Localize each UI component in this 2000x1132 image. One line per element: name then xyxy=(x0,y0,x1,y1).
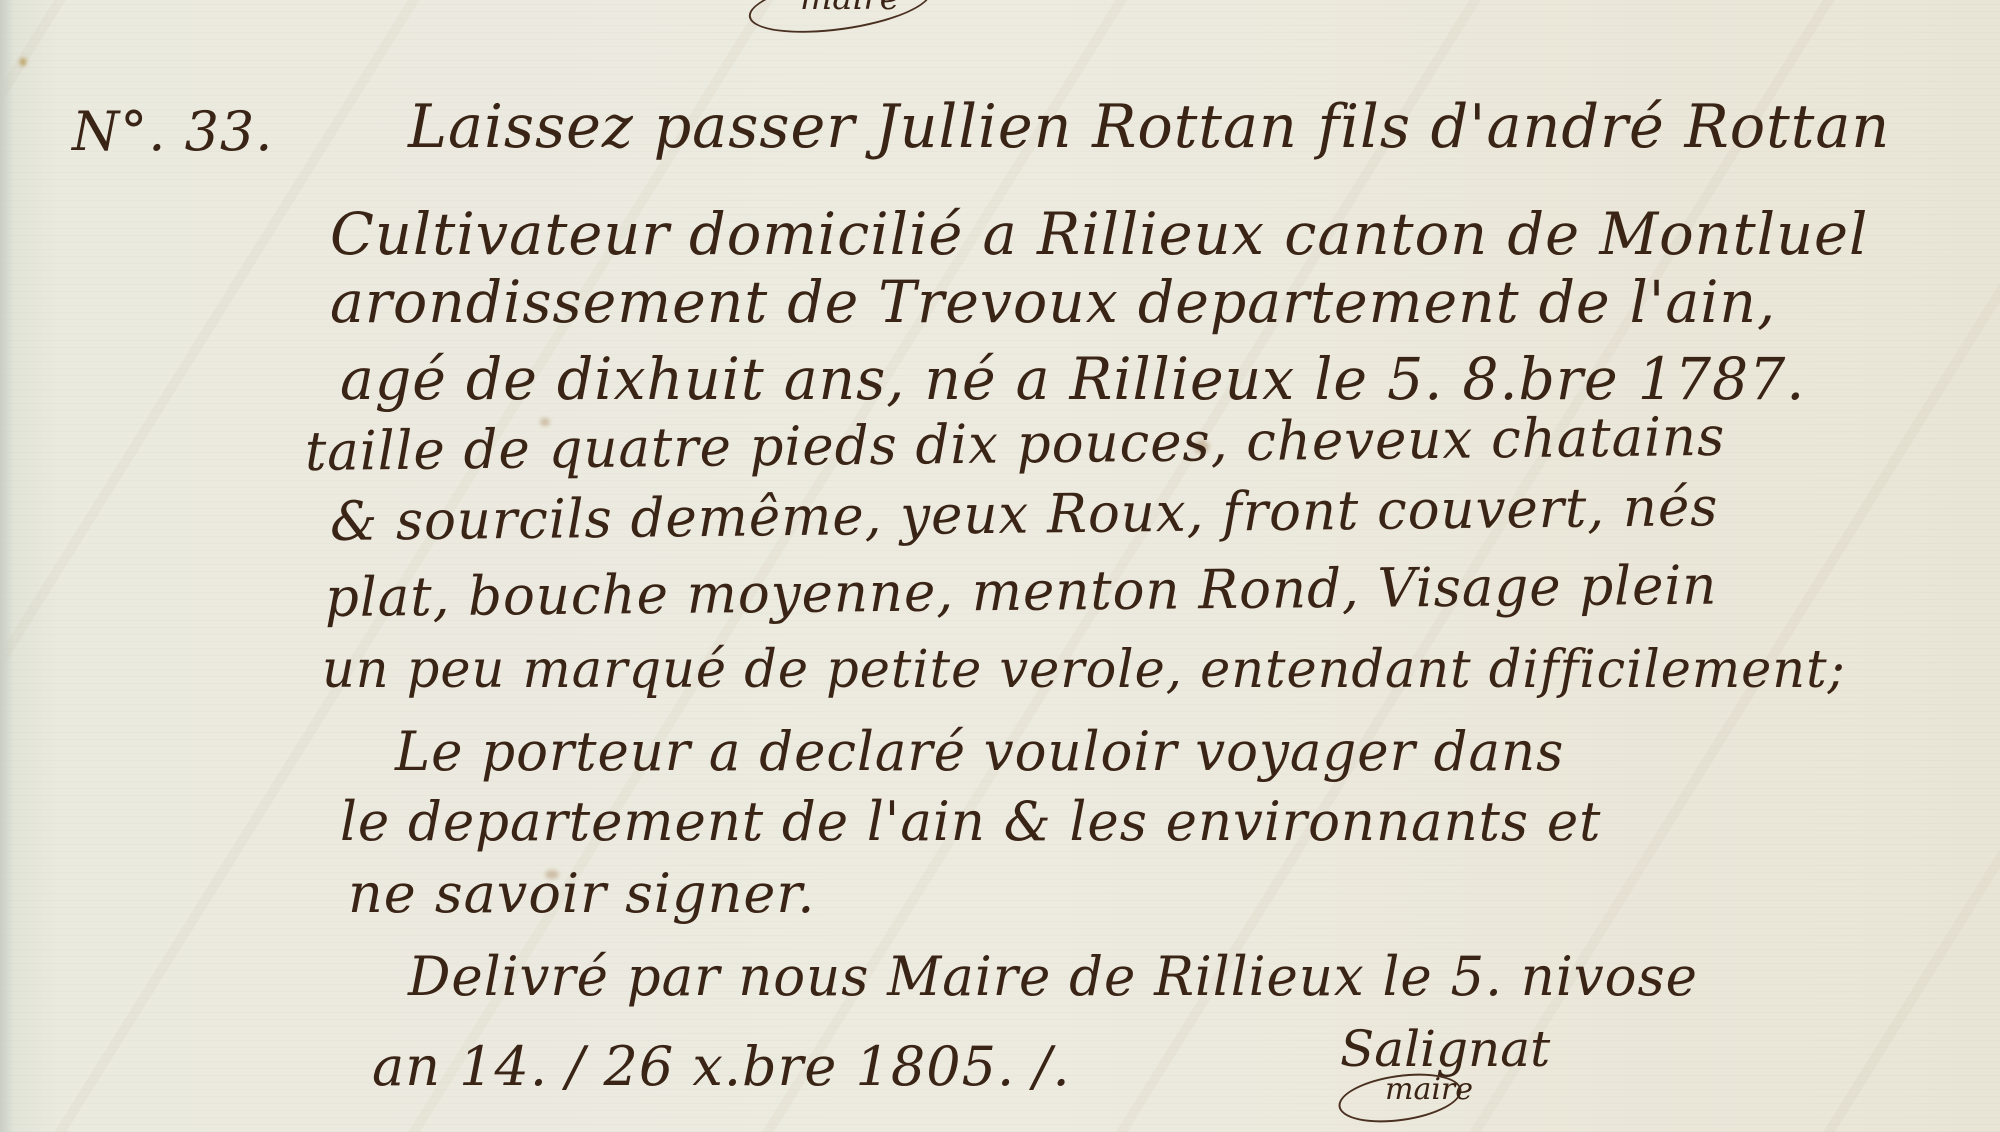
manuscript-line-8: un peu marqué de petite verole, entendan… xyxy=(322,640,1846,700)
top-signature-fragment: maire xyxy=(800,0,900,18)
entry-number: N°. 33. xyxy=(72,100,273,163)
manuscript-line-1: Laissez passer Jullien Rottan fils d'and… xyxy=(408,92,1890,162)
manuscript-line-3: arondissement de Trevoux departement de … xyxy=(330,268,1776,336)
manuscript-line-11: ne savoir signer. xyxy=(348,862,815,925)
manuscript-line-2: Cultivateur domicilié a Rillieux canton … xyxy=(330,200,1868,268)
manuscript-line-4: agé de dixhuit ans, né a Rillieux le 5. … xyxy=(340,345,1805,413)
manuscript-line-9: Le porteur a declaré vouloir voyager dan… xyxy=(395,720,1564,783)
manuscript-line-12: Delivré par nous Maire de Rillieux le 5.… xyxy=(408,945,1698,1008)
mayor-title: maire xyxy=(1385,1072,1473,1107)
manuscript-line-10: le departement de l'ain & les environnan… xyxy=(340,790,1601,853)
mayor-signature: Salignat xyxy=(1340,1020,1550,1078)
manuscript-line-7: plat, bouche moyenne, menton Rond, Visag… xyxy=(325,554,1718,629)
manuscript-line-13: an 14. / 26 x.bre 1805. /. xyxy=(372,1035,1071,1098)
page-edge xyxy=(0,0,14,1132)
ink-stain xyxy=(20,58,26,66)
